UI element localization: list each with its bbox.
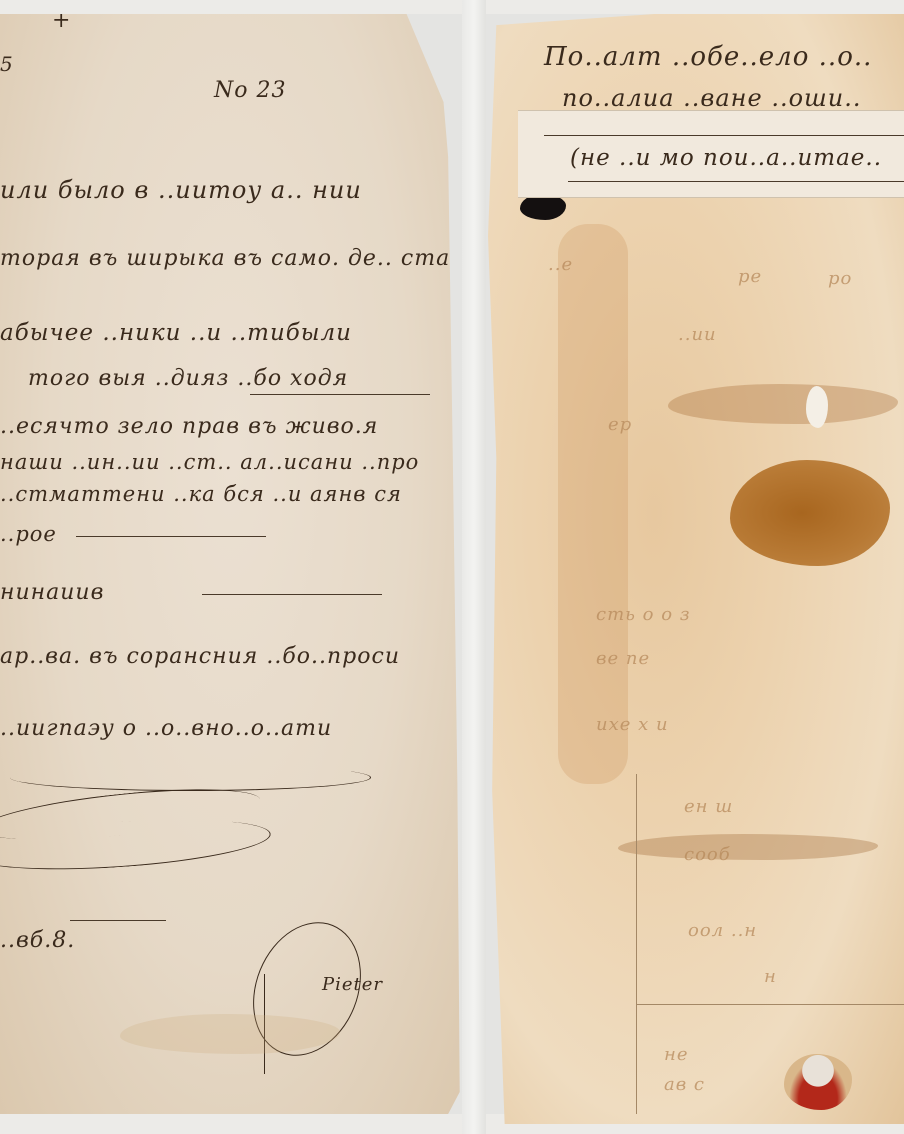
wax-seal-remnant (784, 1054, 852, 1110)
faded-text-3: ..ии (678, 324, 717, 345)
faded-text-12: н (764, 966, 777, 987)
faded-text-7: ве пе (596, 648, 650, 669)
text-line-8: ..рое (0, 522, 57, 546)
faded-text-2: ро (828, 268, 852, 289)
water-stain-band (668, 384, 898, 424)
faded-text-8: ихе х и (596, 714, 669, 735)
paper-fold-vertical (636, 774, 637, 1114)
text-line-6: наши ..ин..ии ..ст.. ал..исани ..про (0, 450, 419, 474)
worn-spot (806, 386, 828, 428)
faded-text-1: ..е (548, 254, 573, 275)
brown-stain (730, 460, 890, 566)
paper-strip: (не ..и мо пои..а..итае.. (518, 110, 904, 198)
text-line-2: торая въ ширыка въ само. де.. стахъ (0, 246, 462, 271)
faded-text-5: ер (608, 414, 632, 435)
strip-rule-bottom (568, 181, 904, 182)
text-line-7: ..стматтени ..ка бся ..и аянв ся (0, 482, 402, 506)
header-line-1: По..алт ..обе..ело ..о.. (544, 42, 872, 72)
date-rule (70, 920, 166, 921)
faded-text-10: сооб (684, 844, 731, 865)
line-filler-1 (76, 536, 266, 537)
faded-text-11: оол ..н (688, 920, 757, 941)
faded-text-4: ре (738, 266, 762, 287)
text-line-10: ар..ва. въ сорансния ..бо..проси (0, 644, 400, 669)
underline (250, 394, 430, 395)
line-filler-2 (202, 594, 382, 595)
fold-stain (618, 834, 878, 860)
text-line-5: ..есячто зело прав въ живо.я (0, 414, 378, 439)
faded-text-9: ен ш (684, 796, 733, 817)
strip-rule-top (544, 135, 904, 136)
faded-text-14: ав с (664, 1074, 705, 1095)
strip-text: (не ..и мо пои..а..итае.. (570, 145, 882, 171)
header-line-2: по..алиа ..ване ..оши.. (562, 84, 861, 112)
faded-text-6: сть о о з (596, 604, 691, 625)
water-stain-vertical (558, 224, 628, 784)
signature: Pieter (322, 974, 383, 995)
page-marker: 5 (0, 52, 14, 76)
corner-mark: + (52, 14, 71, 33)
text-line-4: того выя ..дияз ..бо ходя (28, 366, 348, 391)
document-number: No 23 (214, 78, 286, 103)
paper-fold-horizontal (636, 1004, 904, 1005)
mount-divider (462, 0, 486, 1134)
mount-board (0, 0, 904, 14)
text-line-1: или было в ..иитоу а.. нии (0, 176, 362, 204)
flourish-1 (10, 764, 371, 791)
text-line-3: абычее ..ники ..и ..тибыли (0, 320, 352, 346)
left-manuscript-sheet: + 5 No 23 или было в ..иитоу а.. нии тор… (0, 14, 462, 1114)
faded-text-13: не (664, 1044, 689, 1065)
age-stain (120, 1014, 340, 1054)
text-line-11: ..иигпаэу о ..о..вно..о..ати (0, 716, 332, 741)
date-fragment: ..вб.8. (0, 928, 75, 953)
text-line-9: нинаиив (0, 580, 104, 605)
